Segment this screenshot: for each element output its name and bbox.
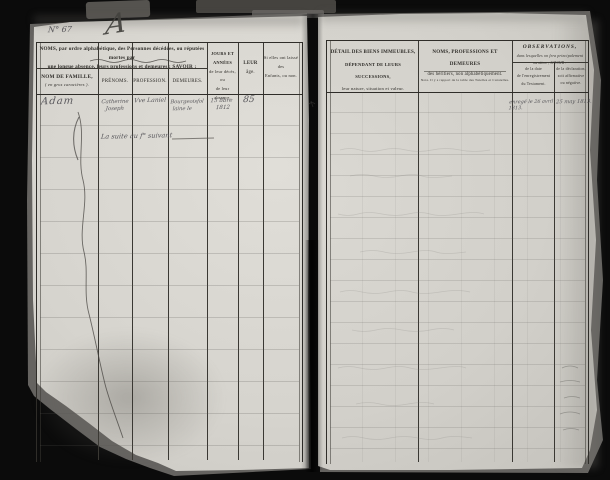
header-line: ou négative. xyxy=(555,80,587,87)
header-line: NOM DE FAMILLE, xyxy=(37,73,97,81)
grid-line xyxy=(36,42,37,462)
header-line: leur nature, situation et valeur. xyxy=(330,83,416,95)
column-header-prenoms: PRÉNOMS. xyxy=(98,78,132,86)
entry-line: Catherine xyxy=(101,99,129,106)
entry-line: 1812 xyxy=(215,105,232,112)
grid-line xyxy=(326,40,327,464)
column-header-age: LEUR âge. xyxy=(238,59,263,77)
header-line: NOMS, PROFESSIONS ET DEMEURES xyxy=(420,47,510,70)
entry-profession: Vve Laniel xyxy=(134,97,167,105)
column-header-demeures: DEMEURES. xyxy=(168,78,207,86)
header-line: de la date xyxy=(513,66,554,73)
column-header-heritiers: NOMS, PROFESSIONS ET DEMEURES des hériti… xyxy=(420,47,510,81)
header-line: DÉTAIL DES BIENS IMMEUBLES, xyxy=(330,46,416,59)
grid-line xyxy=(299,42,300,462)
header-line: de leur décès, xyxy=(207,68,238,77)
entry-line: Bourgeoisfol xyxy=(170,99,204,106)
header-line: des xyxy=(263,63,299,72)
entry-age: 85 xyxy=(242,95,255,106)
entry-declaration: 25 may 1813. xyxy=(556,99,592,106)
header-line: Si elles ont laissé xyxy=(263,54,299,63)
column-header-observations: OBSERVATIONS, dans lesquelles on fera pr… xyxy=(513,43,587,66)
column-header-enfants: Si elles ont laissé des Enfants, ou non. xyxy=(263,54,299,80)
header-line: de la déclaration, xyxy=(555,66,587,73)
ruled-rows xyxy=(40,94,299,460)
binding-gutter-shadow xyxy=(305,240,319,472)
index-letter: A xyxy=(104,5,128,43)
column-header-profession: PROFESSION. xyxy=(132,78,168,86)
entry-testament-enregistrement: enregé le 26 avril 1813. xyxy=(508,99,553,112)
column-header-nom-de-famille: NOM DE FAMILLE, ( en gros caractères ). xyxy=(37,73,97,89)
entry-line: Joseph xyxy=(105,105,128,112)
entry-line: 1813. xyxy=(508,105,553,112)
scanned-register-spread: N° 67 A NOMS, par ordre alphabétique, de… xyxy=(0,0,610,480)
header-line: âge. xyxy=(238,68,263,77)
left-table-title: NOMS, par ordre alphabétique, des Person… xyxy=(39,45,205,72)
header-line: OBSERVATIONS, xyxy=(513,43,587,53)
header-line: DÉPENDANT DE LEURS SUCCESSIONS, xyxy=(330,59,416,83)
grid-line xyxy=(36,42,303,43)
header-line: dans lesquelles on fera principalement xyxy=(513,53,587,60)
grid-line xyxy=(326,40,589,41)
header-line: Enfants, ou non. xyxy=(263,72,299,81)
folio-number: N° 67 xyxy=(47,25,72,35)
column-header-declaration: de la déclaration, soit affirmative ou n… xyxy=(555,66,587,88)
continuation-note: La suite au f° suivant xyxy=(100,131,172,141)
left-table-title-line1: NOMS, par ordre alphabétique, des Person… xyxy=(39,45,205,63)
column-header-heritiers-nota: Nota. Il y a rapport de la table des Tut… xyxy=(420,78,510,83)
entry-prenoms: Catherine Joseph xyxy=(100,99,129,113)
column-header-biens-immeubles: DÉTAIL DES BIENS IMMEUBLES, DÉPENDANT DE… xyxy=(330,46,416,95)
header-line: JOURS ET ANNÉES xyxy=(207,50,238,68)
entry-date-deces: 15 8bre 1812 xyxy=(209,98,233,112)
column-header-jours-et-annees: JOURS ET ANNÉES de leur décès, ou de leu… xyxy=(207,50,238,103)
entry-line: laine le xyxy=(172,105,203,112)
header-line: ou xyxy=(207,76,238,85)
header-line: du Testament. xyxy=(513,81,554,88)
left-table-title-line2: une longue absence, leurs professions et… xyxy=(39,63,205,72)
ruled-rows xyxy=(330,92,585,462)
header-line: de l'enregistrement xyxy=(513,73,554,80)
column-header-date-enregistrement: de la date de l'enregistrement du Testam… xyxy=(513,66,554,88)
header-line: ( en gros caractères ). xyxy=(37,81,97,88)
header-line: LEUR xyxy=(238,59,263,68)
entry-nom: Adam xyxy=(40,96,74,109)
entry-demeures: Bourgeoisfol laine le xyxy=(169,99,204,113)
header-line: soit affirmative xyxy=(555,73,587,80)
